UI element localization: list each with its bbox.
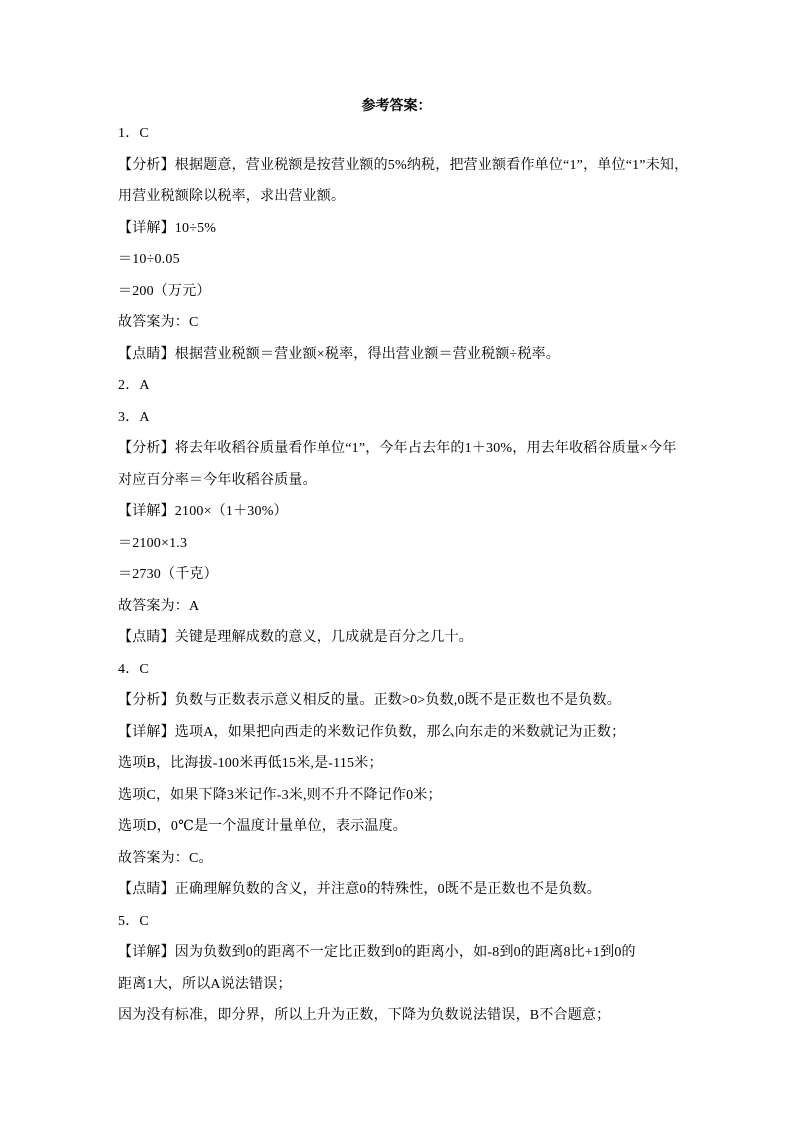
answer-q5-heading: 5．C bbox=[118, 906, 678, 938]
q4-detail-option-b: 选项B，比海拔-100米再低15米,是-115米； bbox=[118, 748, 678, 780]
answer-q4-heading: 4．C bbox=[118, 654, 678, 686]
q3-analysis-cont: 对应百分率＝今年收稻谷质量。 bbox=[118, 465, 678, 497]
q3-analysis: 【分析】将去年收稻谷质量看作单位“1”，今年占去年的1＋30%，用去年收稻谷质量… bbox=[118, 433, 678, 465]
q1-detail-step: ＝10÷0.05 bbox=[118, 244, 678, 276]
q1-detail-step: ＝200（万元） bbox=[118, 276, 678, 308]
q3-detail-step: ＝2100×1.3 bbox=[118, 528, 678, 560]
q5-detail-cont: 距离1大，所以A说法错误； bbox=[118, 969, 678, 1001]
q4-detail-option-d: 选项D，0℃是一个温度计量单位，表示温度。 bbox=[118, 811, 678, 843]
q4-detail: 【详解】选项A，如果把向西走的米数记作负数，那么向东走的米数就记为正数； bbox=[118, 717, 678, 749]
q4-detail-option-c: 选项C，如果下降3米记作-3米,则不升不降记作0米； bbox=[118, 780, 678, 812]
q1-detail: 【详解】10÷5% bbox=[118, 213, 678, 245]
q4-answer: 故答案为：C。 bbox=[118, 843, 678, 875]
q4-comment: 【点睛】正确理解负数的含义，并注意0的特殊性，0既不是正数也不是负数。 bbox=[118, 874, 678, 906]
q3-detail: 【详解】2100×（1＋30%） bbox=[118, 496, 678, 528]
document-title: 参考答案： bbox=[0, 96, 793, 118]
q3-comment: 【点睛】关键是理解成数的意义，几成就是百分之几十。 bbox=[118, 622, 678, 654]
q1-analysis: 【分析】根据题意，营业税额是按营业额的5%纳税，把营业额看作单位“1”，单位“1… bbox=[118, 150, 678, 182]
q5-detail-option-b: 因为没有标准，即分界，所以上升为正数，下降为负数说法错误，B不合题意； bbox=[118, 1000, 678, 1032]
answer-q2-heading: 2．A bbox=[118, 370, 678, 402]
q1-answer: 故答案为：C bbox=[118, 307, 678, 339]
q3-detail-step: ＝2730（千克） bbox=[118, 559, 678, 591]
q3-answer: 故答案为：A bbox=[118, 591, 678, 623]
answer-document: 参考答案： 1．C 【分析】根据题意，营业税额是按营业额的5%纳税，把营业额看作… bbox=[118, 96, 678, 1032]
answer-q1-heading: 1．C bbox=[118, 118, 678, 150]
q1-comment: 【点睛】根据营业税额＝营业额×税率，得出营业额＝营业税额÷税率。 bbox=[118, 339, 678, 371]
q1-analysis-cont: 用营业税额除以税率，求出营业额。 bbox=[118, 181, 678, 213]
q5-detail: 【详解】因为负数到0的距离不一定比正数到0的距离小，如-8到0的距离8比+1到0… bbox=[118, 937, 678, 969]
q4-analysis: 【分析】负数与正数表示意义相反的量。正数>0>负数,0既不是正数也不是负数。 bbox=[118, 685, 678, 717]
answer-q3-heading: 3．A bbox=[118, 402, 678, 434]
